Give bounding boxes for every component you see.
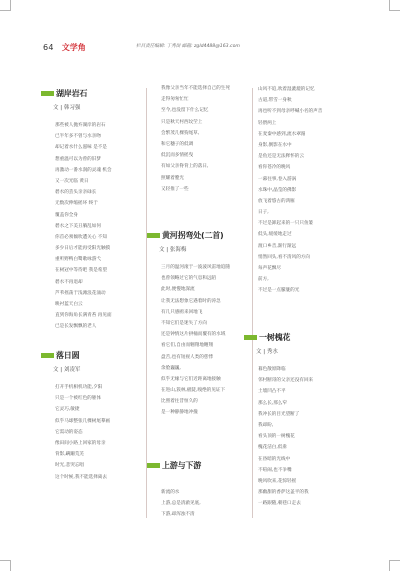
poem-huang-he-guai-wan-chu: 黄河拐弯处(二首) 文 | 张海梅 三月的温河滚于一波波风雷地追随 也曾领略过它…: [161, 230, 247, 419]
poem-author: 文 | 秀水: [256, 347, 348, 355]
poem-luo-ri-yuan: 落日圆 文 | 刘凌军 打开手机相机功能,夕阳 只是一个被红色的躯体 它灵巧,敏…: [55, 350, 143, 483]
poem-line: 悄然回头,看不清风的方向: [258, 252, 348, 263]
editor-contact: 栏目责任编辑: 丁秀岗 邮箱: zgld4488@163.com: [136, 43, 240, 49]
poem-line: 碧水的丢头亲亲碌长: [55, 187, 143, 198]
poem-line: 你首必须倾吹遭关心 不知: [55, 232, 143, 243]
poem-title-row: 黄河拐弯处(二首): [147, 230, 247, 241]
poem-author: 文 | 刘凌军: [53, 365, 143, 373]
poem-line: 盘舌,也有短视人类的慈悸: [161, 352, 247, 363]
poem-line: 似乎马球整张几棵树尾摹画: [55, 416, 143, 427]
poem-line: 那些被人抛弃湖岸的岩石: [55, 120, 143, 131]
poem-line: 我像父亲当年不能选择自己的生死: [161, 83, 247, 94]
poem-line: 土墙凹凸不平: [258, 386, 348, 397]
poem-line: 下游,却浑浊不清: [161, 509, 247, 520]
poem-line: 打开手机相机功能,夕阳: [55, 382, 143, 393]
crop-mark-top-left: [0, 0, 11, 11]
poem-line: 多少日后才能再受阳光触摸: [55, 243, 143, 254]
poem-line: 古道,带雪一身秋: [258, 95, 348, 106]
poem-title-row: 一树槐花: [244, 332, 348, 343]
poem-title: 一树槐花: [259, 332, 290, 343]
poem-line: 走得匆匆忙忙: [161, 94, 247, 105]
poem-line: 我冲长的目光望断了: [258, 409, 348, 420]
poem-line: 每声花飘尽: [258, 263, 348, 274]
poem-title-row: 上游与下游: [147, 460, 247, 471]
title-marker-icon: [41, 353, 54, 358]
poem-line: 那幽甜的香萨这盖平的我: [258, 487, 348, 498]
poem-line: 水珠中,晶莹的佛影: [258, 185, 348, 196]
poem-body: 暮色散原降临 邻村断哥的父亲还没有回来 土墙凹凸不平 那么长,那么窄 我冲长的目…: [258, 364, 348, 509]
poem-line: 是鱼还是无法释怀的云: [258, 151, 348, 162]
poem-line: 再也听不到母亲呼喊小名的声音: [258, 106, 348, 117]
poem-line: 看你苍冷的晚风: [258, 162, 348, 173]
poem-line: 三月的温河滚于一波波风雷地追随: [161, 262, 247, 273]
poem-line: 背影,蹒跚荒芜: [55, 449, 143, 460]
poem-body: 我像父亲当年不能选择自己的生死 走得匆匆忙忙 至今,也没留下什么记忆 只是秋天村…: [161, 83, 247, 195]
poem-line: 只是一个被红色的躯体: [55, 393, 143, 404]
title-marker-icon: [41, 91, 54, 96]
poem-line: 看它们,自由而翱翔地翱翔: [161, 340, 247, 351]
column-divider: [252, 88, 253, 518]
poem-author: 文 | 韩习强: [53, 103, 143, 111]
poem-title: 落日圆: [56, 350, 79, 361]
poem-line: 在昏暗的光线中: [258, 454, 348, 465]
poem-line: 在树冠中等待吧 我是希望: [55, 265, 143, 276]
poem-line: 芦苇摇荡于浅滩浪花涌动: [55, 288, 143, 299]
poem-hu-an-yan-shi: 湖岸岩石 文 | 韩习强 那些被人抛弃湖岸的岩石 已半年多不曾与水亲吻 却记着水…: [55, 88, 143, 333]
page-header: 64 文学角: [43, 40, 86, 54]
poem-line: 不喧闹,也不争嘴: [258, 465, 348, 476]
poem-line: 照耀着膛光: [161, 173, 247, 184]
poem-line: 映衬蓝天白云: [55, 299, 143, 310]
section-title: 文学角: [62, 42, 86, 53]
poem-line: 让我无法想象它遇着时的涛急: [161, 296, 247, 307]
poem-line: 低沉而多情摇曳: [161, 150, 247, 161]
column-divider: [146, 88, 147, 518]
poem-line: 邻村断哥的父亲还没有回来: [258, 375, 348, 386]
poem-line: 重听野鸭白鹭歌咏游弋: [55, 254, 143, 265]
poem-yi-shu-huai-hua: 一树槐花 文 | 秀水 暮色散原降临 邻村断哥的父亲还没有回来 土墙凹凸不平 那…: [258, 332, 348, 509]
title-marker-icon: [244, 335, 257, 340]
poem-line: 直到你海角长满青苔 再见面: [55, 310, 143, 321]
poem-line: 又轻推了一些: [161, 184, 247, 195]
poem-body: 那些被人抛弃湖岸的岩石 已半年多不曾与水亲吻 却记着水什么滋味 是不是 想重温可…: [55, 120, 143, 333]
poem-line: 看头顶的一树槐花: [258, 431, 348, 442]
poem-line: 它灵巧,敏捷: [55, 404, 143, 415]
poem-line: 又一次光临 黄日: [55, 176, 143, 187]
poem-line: 新流的水: [161, 487, 247, 498]
poem-line: 轻偎两上: [258, 118, 348, 129]
poem-line: 也曾领略过它的气息和远陌: [161, 273, 247, 284]
poem-line: 已半年多不曾与水亲吻: [55, 131, 143, 142]
crop-mark-bottom-right: [389, 560, 400, 571]
poem-line: 一路跟随,朝巷口走去: [258, 498, 348, 509]
poem-shang-you-yu-xia-you: 上游与下游 新流的水 上游,总是清澈见底, 下游,却浑浊不清: [161, 460, 247, 521]
poem-line: 放飞着悠古的鸿雁: [258, 196, 348, 207]
poem-line: 想重温可以为曾的旧梦: [55, 154, 143, 165]
poem-line: 只是秋天村西坟茔上: [161, 117, 247, 128]
poem-line: 是一种静静地冲撞: [161, 407, 247, 418]
poem-line: 日子,: [258, 207, 348, 218]
poem-line: 有如父亲脊背上的落日,: [161, 161, 247, 172]
poem-line: 低头,缓缓地走过: [258, 229, 348, 240]
page-number: 64: [43, 43, 54, 52]
title-marker-icon: [147, 233, 160, 238]
poem-title-row: 落日圆: [41, 350, 143, 361]
poem-body: 新流的水 上游,总是清澈见底, 下游,却浑浊不清: [161, 487, 247, 521]
poem-line: 不知它们是迷失了方向: [161, 318, 247, 329]
poem-title-row: 湖岸岩石: [41, 88, 143, 99]
poem-line: 山风不追,吹着湿漉漉的记忆: [258, 84, 348, 95]
poem-line: 前方,: [258, 274, 348, 285]
poem-line: 有几只感鸥来回地飞: [161, 307, 247, 318]
poem-line: 此时,便慢地深流: [161, 284, 247, 295]
poem-line: 上游,总是清澈见底,: [161, 498, 247, 509]
poem-body: 山风不追,吹着湿漉漉的记忆 古道,带雪一身秋 再也听不到母亲呼喊小名的声音 轻偎…: [258, 84, 348, 297]
poem-line: 不过是卸起来的一只只鱼篓: [258, 218, 348, 229]
poem-line: 不过是一点朦胧的光: [258, 285, 348, 296]
poem-line: 会繁茂几棵狗尾草,: [161, 128, 247, 139]
poem-line: 在麦秦中感到,流水翠湄: [258, 129, 348, 140]
crop-mark-top-right: [389, 0, 400, 11]
poem-line: 还是钟情这片拱桶而覆有的水域: [161, 329, 247, 340]
poem-line: 在进山,簇林,板陡,嗅绝的见证下: [161, 385, 247, 396]
poem-line: 这个时候,我不能选择离去: [55, 472, 143, 483]
poem-line: 晚风吹来,花惊轻摇: [258, 476, 348, 487]
title-marker-icon: [147, 463, 160, 468]
poem-line: 槐花洁白,低垂: [258, 442, 348, 453]
poem-luo-ri-yuan-continued: 我像父亲当年不能选择自己的生死 走得匆匆忙忙 至今,也没留下什么记忆 只是秋天村…: [161, 83, 247, 195]
poem-line: 一幕往事,卷入游涡: [258, 174, 348, 185]
poem-line: 身影,倒影在水中: [258, 140, 348, 151]
poem-line: 我却盼,: [258, 420, 348, 431]
poem-body: 打开手机相机功能,夕阳 只是一个被红色的躯体 它灵巧,敏捷 似乎马球整张几棵树尾…: [55, 382, 143, 483]
poem-line: 却记着水什么滋味 是不是: [55, 142, 143, 153]
poem-shang-you-yu-xia-you-continued: 山风不追,吹着湿漉漉的记忆 古道,带雪一身秋 再也听不到母亲呼喊小名的声音 轻偎…: [258, 84, 348, 297]
poem-line: 覆盖你全身: [55, 210, 143, 221]
poem-title: 湖岸岩石: [56, 88, 87, 99]
poem-title: 上游与下游: [162, 460, 201, 471]
poem-line: 像田间小路上回家的母亲: [55, 438, 143, 449]
poem-line: 碧水不再退却: [55, 277, 143, 288]
poem-line: 无数次伸缩摇坏 终于: [55, 198, 143, 209]
poem-line: 渡口乡音,渐行渐远: [258, 241, 348, 252]
crop-mark-bottom-left: [0, 560, 11, 571]
poem-body: 三月的温河滚于一波波风雷地追随 也曾领略过它的气息和远陌 此时,便慢地深流 让我…: [161, 262, 247, 419]
poem-line: 再激动一番水润的灵魂 机会: [55, 165, 143, 176]
poem-line: 时光,悲哭忘唱: [55, 460, 143, 471]
poem-line: 暮色散原降临: [258, 364, 348, 375]
poem-line: 和它穗子的低调: [161, 139, 247, 150]
poem-line: 似乎无缘与它们近距离地接触: [161, 374, 247, 385]
poem-author: 文 | 张海梅: [159, 245, 247, 253]
poem-line: 比照着往昔恒久的: [161, 396, 247, 407]
poem-line: 至今,也没留下什么记忆: [161, 105, 247, 116]
poem-line: 碧水之下美丑躺乱如何: [55, 221, 143, 232]
poem-line: 已是长发飘飘的老人: [55, 321, 143, 332]
poem-line: 余脸巍巍,: [161, 363, 247, 374]
poem-title: 黄河拐弯处(二首): [162, 230, 224, 241]
poem-line: 它需动的姿态: [55, 427, 143, 438]
poem-line: 那么长,那么窄: [258, 398, 348, 409]
